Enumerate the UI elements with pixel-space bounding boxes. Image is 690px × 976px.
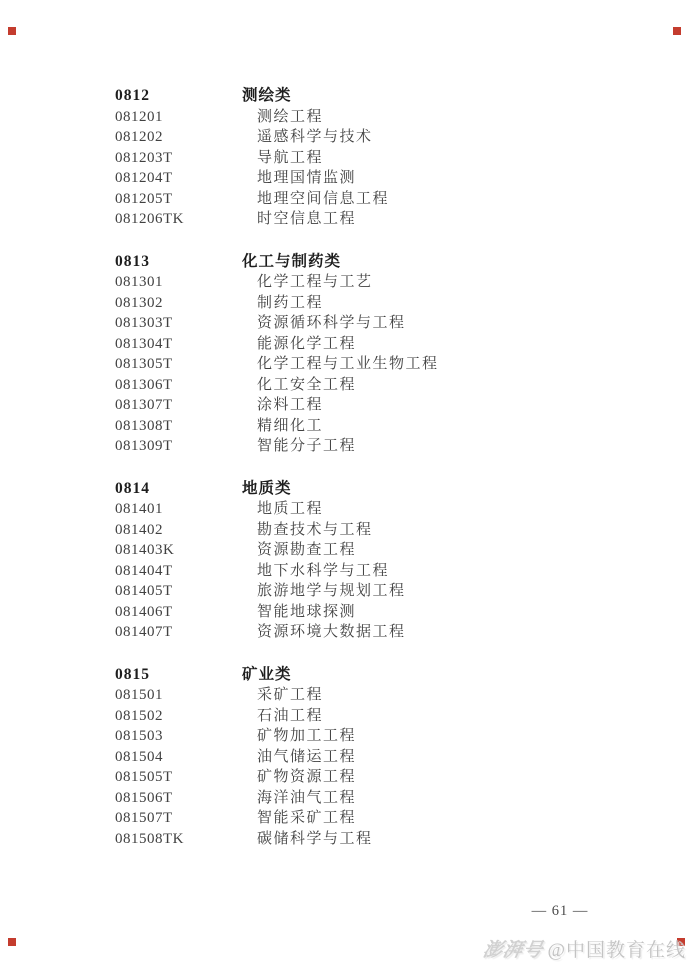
category-name: 测绘类 xyxy=(242,86,292,107)
major-code: 081202 xyxy=(115,127,242,148)
major-row: 081302制药工程 xyxy=(115,293,439,314)
watermark: 澎湃号@中国教育在线 xyxy=(483,939,686,963)
major-name: 石油工程 xyxy=(257,706,323,727)
major-code: 081302 xyxy=(115,293,242,314)
major-code: 081507T xyxy=(115,808,242,829)
major-category-section: 0812测绘类081201测绘工程081202遥感科学与技术081203T导航工… xyxy=(115,86,439,230)
major-name: 勘查技术与工程 xyxy=(257,520,373,541)
major-row: 081301化学工程与工艺 xyxy=(115,272,439,293)
category-header-row: 0812测绘类 xyxy=(115,86,439,107)
major-name: 采矿工程 xyxy=(257,685,323,706)
major-row: 081501采矿工程 xyxy=(115,685,439,706)
major-code: 081401 xyxy=(115,499,242,520)
major-name: 矿物加工工程 xyxy=(257,726,356,747)
major-name: 地质工程 xyxy=(257,499,323,520)
category-code: 0814 xyxy=(115,479,242,500)
watermark-account-name: @中国教育在线 xyxy=(548,940,687,961)
major-row: 081309T智能分子工程 xyxy=(115,436,439,457)
major-code: 081308T xyxy=(115,416,242,437)
major-name: 能源化学工程 xyxy=(257,334,356,355)
major-row: 081404T地下水科学与工程 xyxy=(115,561,439,582)
major-code: 081407T xyxy=(115,622,242,643)
major-code: 081305T xyxy=(115,354,242,375)
major-name: 智能分子工程 xyxy=(257,436,356,457)
major-row: 081405T旅游地学与规划工程 xyxy=(115,581,439,602)
major-name: 精细化工 xyxy=(257,416,323,437)
major-row: 081205T地理空间信息工程 xyxy=(115,189,439,210)
major-row: 081403K资源勘查工程 xyxy=(115,540,439,561)
major-code: 081303T xyxy=(115,313,242,334)
major-row: 081407T资源环境大数据工程 xyxy=(115,622,439,643)
major-code: 081508TK xyxy=(115,829,242,850)
major-name: 海洋油气工程 xyxy=(257,788,356,809)
major-name: 矿物资源工程 xyxy=(257,767,356,788)
major-code: 081205T xyxy=(115,189,242,210)
major-row: 081503矿物加工工程 xyxy=(115,726,439,747)
corner-mark-top-right xyxy=(673,27,681,35)
watermark-platform-logo: 澎湃号 xyxy=(481,939,545,963)
major-row: 081508TK碳储科学与工程 xyxy=(115,829,439,850)
major-code: 081203T xyxy=(115,148,242,169)
major-name: 油气储运工程 xyxy=(257,747,356,768)
major-row: 081201测绘工程 xyxy=(115,107,439,128)
page-number: — 61 — xyxy=(522,903,598,920)
major-row: 081502石油工程 xyxy=(115,706,439,727)
document-page: 0812测绘类081201测绘工程081202遥感科学与技术081203T导航工… xyxy=(0,0,690,976)
major-name: 涂料工程 xyxy=(257,395,323,416)
major-code: 081505T xyxy=(115,767,242,788)
major-row: 081304T能源化学工程 xyxy=(115,334,439,355)
major-name: 资源勘查工程 xyxy=(257,540,356,561)
corner-mark-top-left xyxy=(8,27,16,35)
major-row: 081406T智能地球探测 xyxy=(115,602,439,623)
major-code: 081501 xyxy=(115,685,242,706)
category-header-row: 0813化工与制药类 xyxy=(115,252,439,273)
category-name: 矿业类 xyxy=(242,665,292,686)
major-name: 资源循环科学与工程 xyxy=(257,313,406,334)
major-code: 081309T xyxy=(115,436,242,457)
major-row: 081402勘查技术与工程 xyxy=(115,520,439,541)
major-code: 081405T xyxy=(115,581,242,602)
major-name: 旅游地学与规划工程 xyxy=(257,581,406,602)
major-code: 081306T xyxy=(115,375,242,396)
major-name: 测绘工程 xyxy=(257,107,323,128)
major-row: 081204T地理国情监测 xyxy=(115,168,439,189)
major-code: 081503 xyxy=(115,726,242,747)
major-code: 081502 xyxy=(115,706,242,727)
category-name: 化工与制药类 xyxy=(242,252,341,273)
major-row: 081308T精细化工 xyxy=(115,416,439,437)
major-row: 081307T涂料工程 xyxy=(115,395,439,416)
category-code: 0812 xyxy=(115,86,242,107)
major-row: 081203T导航工程 xyxy=(115,148,439,169)
major-code: 081307T xyxy=(115,395,242,416)
major-code: 081506T xyxy=(115,788,242,809)
major-code: 081504 xyxy=(115,747,242,768)
category-code: 0813 xyxy=(115,252,242,273)
major-name: 遥感科学与技术 xyxy=(257,127,373,148)
major-name: 地理国情监测 xyxy=(257,168,356,189)
major-row: 081504油气储运工程 xyxy=(115,747,439,768)
major-name: 地理空间信息工程 xyxy=(257,189,389,210)
category-header-row: 0814地质类 xyxy=(115,479,439,500)
major-code: 081406T xyxy=(115,602,242,623)
major-row: 081506T海洋油气工程 xyxy=(115,788,439,809)
major-category-section: 0813化工与制药类081301化学工程与工艺081302制药工程081303T… xyxy=(115,252,439,457)
major-category-section: 0815矿业类081501采矿工程081502石油工程081503矿物加工工程0… xyxy=(115,665,439,850)
major-row: 081401地质工程 xyxy=(115,499,439,520)
major-catalog-list: 0812测绘类081201测绘工程081202遥感科学与技术081203T导航工… xyxy=(115,86,439,849)
major-name: 资源环境大数据工程 xyxy=(257,622,406,643)
major-row: 081202遥感科学与技术 xyxy=(115,127,439,148)
major-code: 081304T xyxy=(115,334,242,355)
major-name: 时空信息工程 xyxy=(257,209,356,230)
major-code: 081204T xyxy=(115,168,242,189)
major-name: 智能采矿工程 xyxy=(257,808,356,829)
major-code: 081403K xyxy=(115,540,242,561)
major-category-section: 0814地质类081401地质工程081402勘查技术与工程081403K资源勘… xyxy=(115,479,439,643)
category-code: 0815 xyxy=(115,665,242,686)
major-code: 081206TK xyxy=(115,209,242,230)
major-code: 081404T xyxy=(115,561,242,582)
major-name: 化学工程与工艺 xyxy=(257,272,373,293)
major-row: 081507T智能采矿工程 xyxy=(115,808,439,829)
major-row: 081305T化学工程与工业生物工程 xyxy=(115,354,439,375)
major-row: 081206TK时空信息工程 xyxy=(115,209,439,230)
major-name: 化工安全工程 xyxy=(257,375,356,396)
major-code: 081301 xyxy=(115,272,242,293)
major-row: 081306T化工安全工程 xyxy=(115,375,439,396)
major-name: 地下水科学与工程 xyxy=(257,561,389,582)
major-row: 081505T矿物资源工程 xyxy=(115,767,439,788)
major-row: 081303T资源循环科学与工程 xyxy=(115,313,439,334)
corner-mark-bottom-left xyxy=(8,938,16,946)
major-code: 081402 xyxy=(115,520,242,541)
major-name: 导航工程 xyxy=(257,148,323,169)
major-code: 081201 xyxy=(115,107,242,128)
major-name: 化学工程与工业生物工程 xyxy=(257,354,439,375)
major-name: 制药工程 xyxy=(257,293,323,314)
major-name: 智能地球探测 xyxy=(257,602,356,623)
major-name: 碳储科学与工程 xyxy=(257,829,373,850)
category-header-row: 0815矿业类 xyxy=(115,665,439,686)
category-name: 地质类 xyxy=(242,479,292,500)
